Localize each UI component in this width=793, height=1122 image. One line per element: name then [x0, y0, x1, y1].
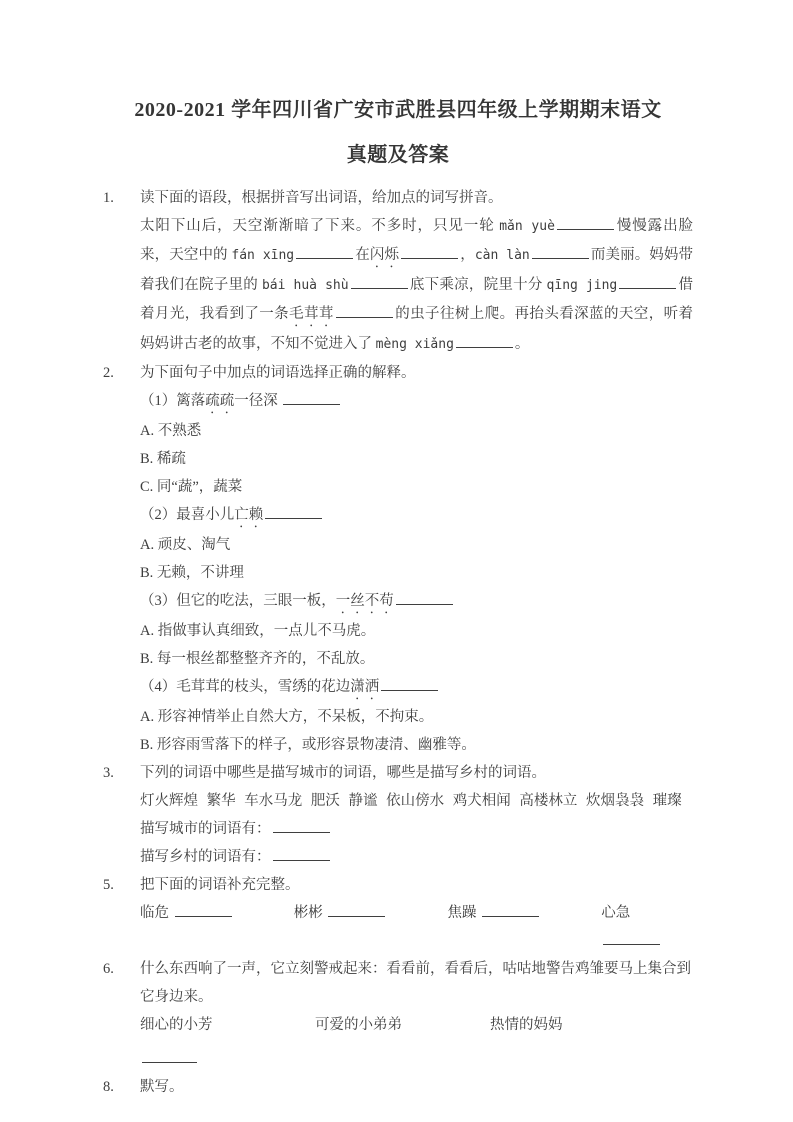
answer-blank[interactable]	[351, 274, 408, 289]
question-1-body: 太阳下山后，天空渐渐暗了下来。不多时，只见一轮 mǎn yuè慢慢露出脸来，天空…	[140, 212, 693, 359]
text-run: （1）篱落	[140, 393, 205, 409]
question-3-prompt: 下列的词语中哪些是描写城市的词语，哪些是描写乡村的词语。	[140, 765, 546, 781]
question-3: 3. 下列的词语中哪些是描写城市的词语，哪些是描写乡村的词语。 灯火辉煌 繁华 …	[103, 759, 693, 871]
q2-sub2-stem: （2）最喜小儿亡赖	[140, 501, 693, 531]
q6-options-row: 细心的小芳 可爱的小弟弟 热情的妈妈	[140, 1011, 693, 1039]
q2-sub3-option-b[interactable]: B. 每一根丝都整整齐齐的，不乱放。	[140, 645, 693, 673]
answer-blank[interactable]	[175, 902, 232, 917]
text-run: 临危	[140, 905, 173, 921]
idiom-completion-row: 临危 彬彬 焦躁 心急	[140, 899, 693, 955]
text-run: ，	[460, 247, 475, 263]
idiom-item-1: 临危	[140, 899, 294, 955]
document-title: 2020-2021 学年四川省广安市武胜县四年级上学期期末语文 真题及答案	[103, 88, 693, 178]
q2-sub3-option-a[interactable]: A. 指做事认真细致，一点儿不马虎。	[140, 617, 693, 645]
title-line-1: 2020-2021 学年四川省广安市武胜县四年级上学期期末语文	[103, 88, 693, 133]
answer-blank[interactable]	[396, 590, 453, 605]
question-5-number: 5.	[103, 871, 114, 899]
text-run: （4）毛茸茸的枝头，雪绣的花边	[140, 679, 350, 695]
question-1-number: 1.	[103, 184, 114, 212]
pinyin-passage: 太阳下山后，天空渐渐暗了下来。不多时，只见一轮 mǎn yuè慢慢露出脸来，天空…	[140, 212, 693, 359]
word-bank: 灯火辉煌 繁华 车水马龙 肥沃 静谧 依山傍水 鸡犬相闻 高楼林立 炊烟袅袅 璀…	[140, 787, 693, 815]
text-run: 描写乡村的词语有：	[140, 849, 271, 865]
question-1-prompt: 读下面的语段，根据拼音写出词语，给加点的词写拼音。	[140, 190, 503, 206]
pinyin-text: qīng jing	[547, 278, 618, 293]
q6-option-3[interactable]: 热情的妈妈	[490, 1011, 665, 1039]
text-run: 在	[355, 247, 370, 263]
title-line-2: 真题及答案	[103, 133, 693, 178]
q2-sub4-option-b[interactable]: B. 形容雨雪落下的样子，或形容景物凄清、幽雅等。	[140, 731, 693, 759]
idiom-item-3: 焦躁	[448, 899, 602, 955]
q2-sub4-stem: （4）毛茸茸的枝头，雪绣的花边潇洒	[140, 673, 693, 703]
emphasized-word: 亡赖	[234, 507, 263, 523]
q2-sub3-stem: （3）但它的吃法，三眼一板，一丝不苟	[140, 587, 693, 617]
answer-blank[interactable]	[532, 244, 589, 259]
answer-blank[interactable]	[482, 902, 539, 917]
question-5-head: 5. 把下面的词语补充完整。	[103, 871, 693, 899]
question-2-head: 2. 为下面句子中加点的词语选择正确的解释。	[103, 359, 693, 387]
text-run: 底下乘凉，院里十分	[410, 277, 547, 293]
answer-blank[interactable]	[265, 504, 322, 519]
answer-blank[interactable]	[619, 274, 676, 289]
answer-blank[interactable]	[381, 676, 438, 691]
text-run: 焦躁	[448, 905, 481, 921]
emphasized-word: 一丝不苟	[336, 593, 394, 609]
question-3-body: 灯火辉煌 繁华 车水马龙 肥沃 静谧 依山傍水 鸡犬相闻 高楼林立 炊烟袅袅 璀…	[140, 787, 693, 871]
question-1-head: 1. 读下面的语段，根据拼音写出词语，给加点的词写拼音。	[103, 184, 693, 212]
q2-sub1-option-c[interactable]: C. 同“蔬”，蔬菜	[140, 473, 693, 501]
answer-blank[interactable]	[296, 244, 353, 259]
question-2: 2. 为下面句子中加点的词语选择正确的解释。 （1）篱落疏疏一径深 A. 不熟悉…	[103, 359, 693, 759]
answer-blank[interactable]	[557, 215, 614, 230]
pinyin-text: bái huà shù	[262, 278, 349, 293]
answer-blank[interactable]	[283, 390, 340, 405]
q2-sub1-option-a[interactable]: A. 不熟悉	[140, 417, 693, 445]
q6-option-2[interactable]: 可爱的小弟弟	[315, 1011, 490, 1039]
answer-blank[interactable]	[401, 244, 458, 259]
q2-sub2-option-a[interactable]: A. 顽皮、淘气	[140, 531, 693, 559]
answer-blank[interactable]	[336, 303, 393, 318]
text-run: （3）但它的吃法，三眼一板，	[140, 593, 336, 609]
question-3-head: 3. 下列的词语中哪些是描写城市的词语，哪些是描写乡村的词语。	[103, 759, 693, 787]
answer-blank[interactable]	[273, 846, 330, 861]
question-8: 8. 默写。	[103, 1073, 693, 1101]
pinyin-text: fán xīng	[231, 248, 294, 263]
village-words-line: 描写乡村的词语有：	[140, 843, 693, 871]
q6-option-1[interactable]: 细心的小芳	[140, 1011, 315, 1039]
text-run: （2）最喜小儿	[140, 507, 234, 523]
pinyin-text: mǎn yuè	[499, 219, 555, 234]
pinyin-text: càn làn	[475, 248, 530, 263]
q2-sub4-option-a[interactable]: A. 形容神情举止自然大方，不呆板，不拘束。	[140, 703, 693, 731]
text-run: 太阳下山后，天空渐渐暗了下来。不多时，只见一轮	[140, 218, 499, 234]
question-list: 1. 读下面的语段，根据拼音写出词语，给加点的词写拼音。 太阳下山后，天空渐渐暗…	[103, 184, 693, 1101]
pinyin-text: mèng xiǎng	[376, 337, 454, 352]
question-1: 1. 读下面的语段，根据拼音写出词语，给加点的词写拼音。 太阳下山后，天空渐渐暗…	[103, 184, 693, 359]
answer-blank[interactable]	[328, 902, 385, 917]
emphasized-word: 潇洒	[350, 679, 379, 695]
question-6-head: 6. 什么东西响了一声，它立刻警戒起来：看看前，看看后，咕咕地警告鸡雏要马上集合…	[103, 955, 693, 1011]
question-6-number: 6.	[103, 955, 114, 983]
text-run: 心急	[601, 905, 630, 921]
emphasized-word: 闪烁	[370, 247, 399, 263]
text-run: 彬彬	[294, 905, 327, 921]
q2-sub1-option-b[interactable]: B. 稀疏	[140, 445, 693, 473]
text-run: 描写城市的词语有：	[140, 821, 271, 837]
exam-document: 2020-2021 学年四川省广安市武胜县四年级上学期期末语文 真题及答案 1.…	[0, 0, 793, 1122]
question-2-body: （1）篱落疏疏一径深 A. 不熟悉 B. 稀疏 C. 同“蔬”，蔬菜 （2）最喜…	[140, 387, 693, 759]
question-5-body: 临危 彬彬 焦躁 心急	[140, 899, 693, 955]
question-6-prompt: 什么东西响了一声，它立刻警戒起来：看看前，看看后，咕咕地警告鸡雏要马上集合到它身…	[140, 961, 691, 1005]
question-8-head: 8. 默写。	[103, 1073, 693, 1101]
question-5-prompt: 把下面的词语补充完整。	[140, 877, 300, 893]
emphasized-word: 毛茸茸	[289, 306, 334, 322]
question-2-number: 2.	[103, 359, 114, 387]
answer-blank[interactable]	[603, 930, 660, 945]
idiom-item-4: 心急	[601, 899, 693, 955]
question-8-prompt: 默写。	[140, 1079, 184, 1095]
idiom-item-2: 彬彬	[294, 899, 448, 955]
answer-blank[interactable]	[273, 818, 330, 833]
q2-sub1-stem: （1）篱落疏疏一径深	[140, 387, 693, 417]
answer-blank[interactable]	[142, 1048, 197, 1063]
question-6: 6. 什么东西响了一声，它立刻警戒起来：看看前，看看后，咕咕地警告鸡雏要马上集合…	[103, 955, 693, 1039]
question-8-number: 8.	[103, 1073, 114, 1101]
q6-answer-line	[140, 1045, 693, 1073]
text-run: 。	[515, 336, 530, 352]
question-6-body: 细心的小芳 可爱的小弟弟 热情的妈妈	[140, 1011, 693, 1039]
question-3-number: 3.	[103, 759, 114, 787]
city-words-line: 描写城市的词语有：	[140, 815, 693, 843]
emphasized-word: 疏疏	[205, 393, 234, 409]
question-2-prompt: 为下面句子中加点的词语选择正确的解释。	[140, 365, 416, 381]
question-5: 5. 把下面的词语补充完整。 临危 彬彬 焦躁 心急	[103, 871, 693, 955]
text-run: 一径深	[234, 393, 281, 409]
q2-sub2-option-b[interactable]: B. 无赖，不讲理	[140, 559, 693, 587]
answer-blank[interactable]	[456, 333, 513, 348]
